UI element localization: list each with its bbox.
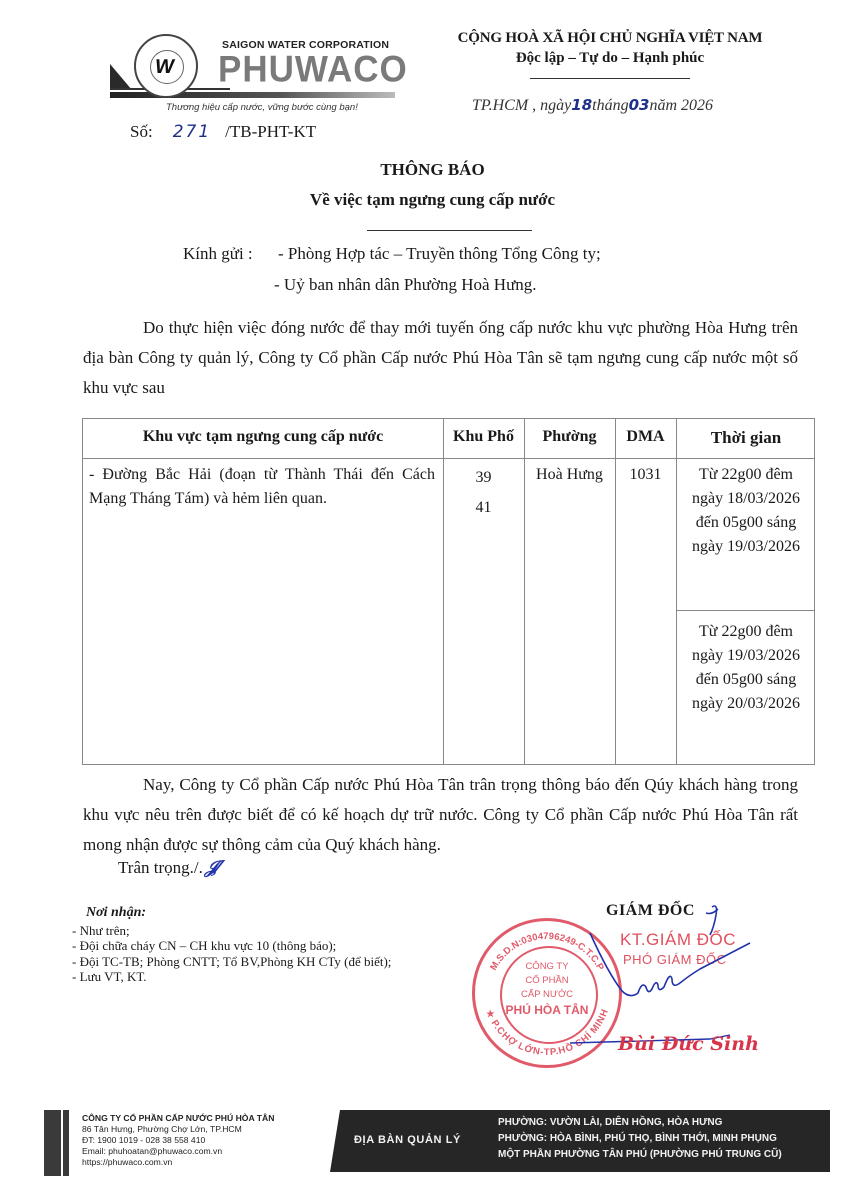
time-line: Từ 22g00 đêm [676,463,816,487]
khu-pho-value: 41 [443,493,524,523]
receiver-item: - Như trên; [72,923,391,939]
receiver-item: - Đội chữa cháy CN – CH khu vực 10 (thôn… [72,938,391,954]
company-logo: W SAIGON WATER CORPORATION PHUWACO Thươn… [110,30,410,125]
recipient-line-2: - Uỷ ban nhân dân Phường Hoà Hưng. [274,275,537,295]
table-cell-time-2: Từ 22g00 đêm ngày 19/03/2026 đến 05g00 s… [676,620,816,716]
table-header-time: Thời gian [676,428,816,448]
table-cell-time-1: Từ 22g00 đêm ngày 18/03/2026 đến 05g00 s… [676,463,816,559]
footer-email: Email: phuhoatan@phuwaco.com.vn [82,1146,274,1157]
notice-paragraph: Nay, Công ty Cổ phần Cấp nước Phú Hòa Tâ… [83,770,798,860]
initial-signature-icon: 𝒥⁄ [205,857,220,878]
doc-number-handwritten: 271 [173,122,211,142]
national-header: CỘNG HOÀ XÃ HỘI CHỦ NGHĨA VIỆT NAM Độc l… [440,30,780,79]
document-number: Số:271/TB-PHT-KT [130,122,316,142]
logo-brand-text: PHUWACO [218,49,408,91]
title-divider [367,230,532,231]
recipient-item: - Phòng Hợp tác – Truyền thông Tổng Công… [278,244,601,263]
recipient-line-1: Kính gửi :- Phòng Hợp tác – Truyền thông… [183,244,601,264]
recipient-label: Kính gửi : [183,244,278,264]
footer-area-list: PHƯỜNG: VƯỜN LÀI, DIÊN HỒNG, HÒA HƯNG PH… [498,1115,782,1163]
footer-website: https://phuwaco.com.vn [82,1157,274,1168]
time-line: ngày 20/03/2026 [676,692,816,716]
khu-pho-value: 39 [443,463,524,493]
table-cell-dma: 1031 [615,463,676,487]
footer-bar [63,1110,69,1176]
receivers-list: Nơi nhận: - Như trên; - Đội chữa cháy CN… [72,905,391,985]
suspension-table: Khu vực tạm ngưng cung cấp nước Khu Phố … [82,418,815,765]
recipient-item: - Uỷ ban nhân dân Phường Hoà Hưng. [274,275,537,294]
phuwaco-seal-icon: W [134,34,198,98]
receiver-item: - Đội TC-TB; Phòng CNTT; Tổ BV,Phòng KH … [72,954,391,970]
receivers-title: Nơi nhận: [86,905,391,921]
time-line: ngày 19/03/2026 [676,644,816,668]
table-header-area: Khu vực tạm ngưng cung cấp nước [83,428,443,446]
date-place: TP.HCM , ngày [472,97,571,114]
time-line: ngày 19/03/2026 [676,535,816,559]
intro-text: Do thực hiện việc đóng nước để thay mới … [83,318,798,397]
footer-area-label: ĐỊA BÀN QUẢN LÝ [354,1134,461,1146]
footer-area-line: PHƯỜNG: HÒA BÌNH, PHÚ THỌ, BÌNH THỚI, MI… [498,1131,782,1147]
receiver-item: - Lưu VT, KT. [72,969,391,985]
table-header-divider [83,458,814,459]
footer-address: 86 Tân Hưng, Phường Chợ Lớn, TP.HCM [82,1124,274,1135]
doc-number-label: Số: [130,122,153,141]
table-header-khu-pho: Khu Phố [443,428,524,446]
national-title: CỘNG HOÀ XÃ HỘI CHỦ NGHĨA VIỆT NAM [440,30,780,47]
date-line: TP.HCM , ngày18tháng03năm 2026 [472,96,713,115]
footer-phone: ĐT: 1900 1019 - 028 38 558 410 [82,1135,274,1146]
document-subject: Về việc tạm ngưng cung cấp nước [10,190,845,210]
closing-line: Trân trọng./.𝒥⁄ [118,857,220,878]
date-year: năm 2026 [649,97,713,114]
table-cell-area: - Đường Bắc Hải (đoạn từ Thành Thái đến … [89,463,435,511]
logo-wedge-shape [110,64,132,90]
table-time-split [676,610,814,611]
table-header-dma: DMA [615,428,676,446]
footer-area-line: PHƯỜNG: VƯỜN LÀI, DIÊN HỒNG, HÒA HƯNG [498,1115,782,1131]
time-line: ngày 18/03/2026 [676,487,816,511]
date-month-label: tháng [592,97,628,114]
footer-area-line: MỘT PHẦN PHƯỜNG TÂN PHÚ (PHƯỜNG PHÚ TRUN… [498,1147,782,1163]
closing-text: Trân trọng./. [118,858,203,877]
footer-company-name: CÔNG TY CỔ PHẦN CẤP NƯỚC PHÚ HÒA TÂN [82,1113,274,1124]
logo-slogan: Thương hiệu cấp nước, vững bước cùng bạn… [166,102,358,113]
date-month-handwritten: 03 [629,96,650,114]
time-line: đến 05g00 sáng [676,668,816,692]
national-motto: Độc lập – Tự do – Hạnh phúc [440,50,780,67]
document-title: THÔNG BÁO [10,160,845,180]
intro-paragraph: Do thực hiện việc đóng nước để thay mới … [83,313,798,403]
time-line: Từ 22g00 đêm [676,620,816,644]
notice-text: Nay, Công ty Cổ phần Cấp nước Phú Hòa Tâ… [83,775,798,854]
table-cell-phuong: Hoà Hưng [524,463,615,487]
footer-bar [44,1110,61,1176]
table-cell-khu-pho: 39 41 [443,463,524,523]
footer-company-info: CÔNG TY CỔ PHẦN CẤP NƯỚC PHÚ HÒA TÂN 86 … [82,1113,274,1168]
signer-name: Bùi Đức Sinh [618,1033,759,1055]
time-line: đến 05g00 sáng [676,511,816,535]
date-day-handwritten: 18 [571,96,592,114]
national-divider [530,78,690,79]
doc-number-suffix: /TB-PHT-KT [225,122,316,141]
table-header-phuong: Phường [524,428,615,446]
